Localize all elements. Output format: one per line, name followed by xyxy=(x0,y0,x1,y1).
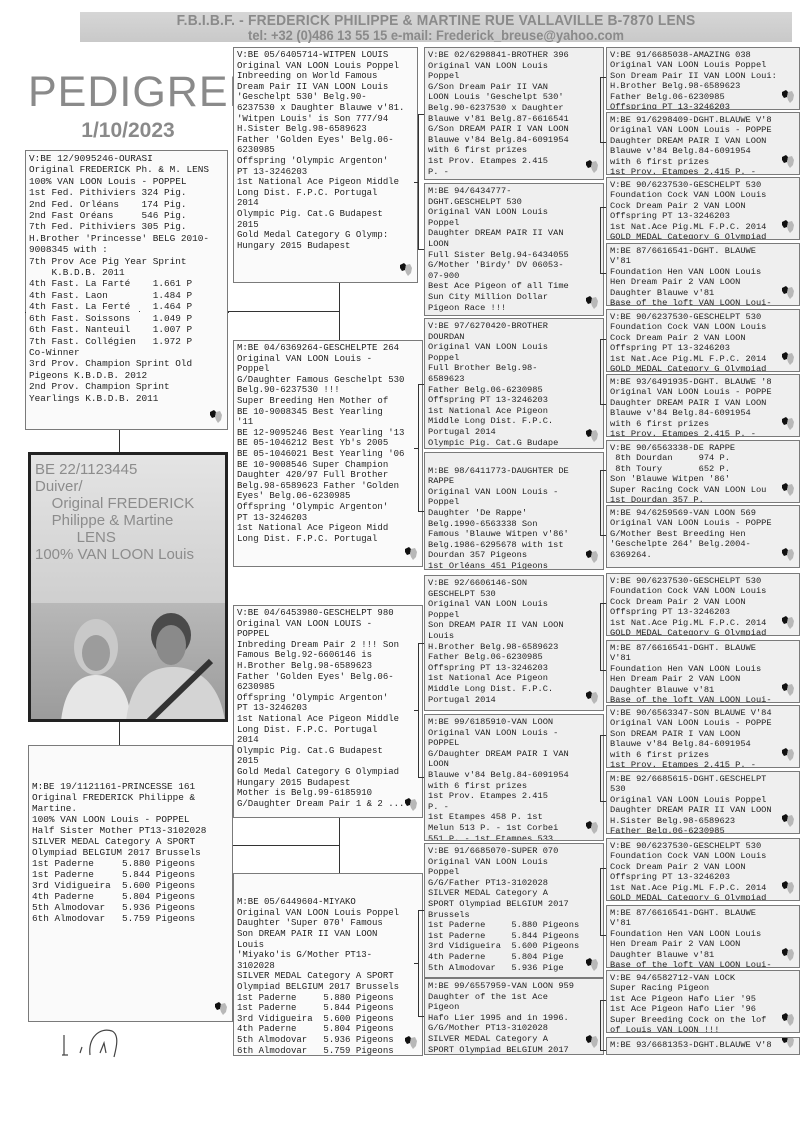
page-header: F.B.I.B.F. - FREDERICK PHILIPPE & MARTIN… xyxy=(80,12,792,42)
pigeon-info-line: Daughter 420/97 Full Brother xyxy=(237,470,419,481)
pigeon-info-line: PT 13-3246203 xyxy=(237,703,419,714)
belgium-map-icon xyxy=(781,546,795,562)
dam-ancestor-box: M:BE 98/6411773-DAUGHTER DERAPPEOriginal… xyxy=(424,452,604,570)
pigeon-info-line: Poppel xyxy=(428,71,600,82)
pigeon-info-line: Original FREDERICK Philippe & xyxy=(32,792,229,803)
bracket-vertical xyxy=(418,114,419,249)
dam-box: M:BE 19/1121161-PRINCESSE 161Original FR… xyxy=(28,745,233,1022)
pigeon-info-line: Blauwe v'84 Belg.84-6091954 xyxy=(610,408,796,418)
belgium-map-icon xyxy=(781,153,795,169)
pigeon-info-line: 6237530 x Daughter Blauwe v'81. xyxy=(237,103,414,114)
pigeon-info-line: H.Brother Belg.98-6589623 xyxy=(610,81,796,91)
pigeon-info-line: with 6 first prizes xyxy=(610,419,796,429)
pigeon-info-line: H.Brother Belg.98-6589623 xyxy=(428,642,600,653)
pigeon-info-line: 5th Almodovar 5.936 Pigeons xyxy=(32,902,229,913)
belgium-map-icon xyxy=(781,88,795,104)
bracket-bottom xyxy=(600,273,606,274)
pigeon-info-line: P. - xyxy=(428,167,600,178)
subject-info: BE 22/1123445Duiver/ Original FREDERICK … xyxy=(35,461,225,563)
subject-info-line: Original FREDERICK xyxy=(35,495,225,512)
pigeon-info-line: Olympiad BELGIUM 2017 Brussels xyxy=(237,982,419,993)
pigeon-info-line: Blauwe v'84 Belg.84-6091954 xyxy=(428,135,600,146)
pigeon-info-line: Original VAN LOON Louis Poppel xyxy=(610,60,796,70)
pigeon-info-line: V'81 xyxy=(610,918,796,928)
pigeon-info-line: Blauwe v'84 Belg.84-6091954 xyxy=(428,770,600,781)
pigeon-info-line: Cock Dream Pair 2 VAN LOON xyxy=(610,597,796,607)
pigeon-info-line: Daughter Blauwe v'81 xyxy=(610,950,796,960)
pigeon-info-line: Base of the loft VAN LOON Loui- xyxy=(610,695,796,703)
belgium-map-icon xyxy=(781,946,795,962)
pigeon-info-line: Father Belg.06-6230985 xyxy=(428,652,600,663)
pigeon-info-line: Daughter 'Super 070' Famous xyxy=(237,918,419,929)
belgium-map-icon xyxy=(781,218,795,234)
pigeon-info-line: 'Geschelpte 264' Belg.2004- xyxy=(610,539,796,549)
pigeon-info-line: Super Racing Cock VAN LOON Lou xyxy=(610,485,796,495)
pigeon-info-line: Full Sister Belg.94-6434055 xyxy=(428,250,600,261)
pigeon-info-line: BE 10-9008546 Super Champion xyxy=(237,460,419,471)
header-address: F.B.I.B.F. - FREDERICK PHILIPPE & MARTIN… xyxy=(108,12,763,28)
pigeon-info-line: 1st Nat.Ace Pig.ML F.P.C. 2014 xyxy=(610,618,796,628)
pigeon-info-line: 6th Fast. Soissons 1.049 P xyxy=(29,313,224,324)
pigeon-info-line: G/Daughter Famous Geschelpt 530 xyxy=(237,375,419,386)
pigeon-info-line: Blauwe v'81 Belg.87-6616541 xyxy=(428,114,600,125)
pigeon-info-line: BE 10-9008345 Best Yearling xyxy=(237,407,419,418)
pigeon-info-line: Foundation Cock VAN LOON Louis xyxy=(610,586,796,596)
sire-ancestor-box: V:BE 97/6270420-BROTHERDOURDANOriginal V… xyxy=(424,318,604,449)
pigeon-info-line: M:BE 99/6557959-VAN LOON 959 xyxy=(428,981,600,992)
pigeon-info-line: Daughter DREAM PAIR II VAN LOON xyxy=(610,805,796,815)
bracket-vertical xyxy=(600,470,601,535)
bracket-bottom xyxy=(418,777,424,778)
pigeon-info-line: Martine. xyxy=(32,803,229,814)
pigeon-info-line: V:BE 90/6237530-GESCHELPT 530 xyxy=(610,841,796,851)
pigeon-info-line: DOURDAN xyxy=(428,332,600,343)
pigeon-info-line: Daughter of the 1st Ace xyxy=(428,992,600,1003)
pigeon-info-line: Offspring PT 13-3246203 xyxy=(610,607,796,617)
pigeon-info-line: Original VAN LOON Louis - POPPE xyxy=(610,387,796,397)
pigeon-info-line: Gold Medal Category G Olympiad xyxy=(237,767,419,778)
pigeon-info-line: H.Sister Belg.98-6589623 xyxy=(237,124,414,135)
pigeon-info-line: BE 05-1046212 Best Yb's 2005 xyxy=(237,438,419,449)
bracket-vertical xyxy=(418,384,419,511)
pigeon-info-line: H.Brother 'Princesse' BELG 2010- xyxy=(29,233,224,244)
pigeon-info-line: G/G/Father PT13-3102028 xyxy=(428,878,600,889)
pigeon-info-line: 7th Fed. Pithiviers 305 Pig. xyxy=(29,221,224,232)
pigeon-info-line: Belg.90-6237530 !!! xyxy=(237,385,419,396)
pigeon-info-line: Original VAN LOON Louis - POPPE xyxy=(610,518,796,528)
pigeon-info-line: 2014 xyxy=(237,198,414,209)
pigeon-info-line: P. - xyxy=(428,802,600,813)
pigeon-info-line: 'Miyako'is G/Mother PT13- xyxy=(237,950,419,961)
pigeon-info-line: 3rd Vidigueira 5.600 Pigeons xyxy=(237,1014,419,1025)
pigeon-info-line: V:BE 90/6563347-SON BLAUWE V'84 xyxy=(610,708,796,718)
dam-ancestor-box: M:BE 94/6434777-DGHT.GESCHELPT 530Origin… xyxy=(424,183,604,316)
pigeon-info-line: PT 13-3246203 xyxy=(237,167,414,178)
pigeon-info-line: 2015 xyxy=(237,756,419,767)
pigeon-info-line: Long Dist. F.P.C. Portugal xyxy=(237,725,419,736)
pigeon-info-line: 9008345 with : xyxy=(29,244,224,255)
pigeon-info-line: 1st Paderne 5.880 Pigeons xyxy=(428,920,600,931)
signature xyxy=(60,1025,130,1060)
pigeon-info-line: V:BE 90/6237530-GESCHELPT 530 xyxy=(610,576,796,586)
pigeon-info-line: 6th Almodovar 5.759 Pigeons xyxy=(237,1046,419,1057)
connector-dam-parents-vertical xyxy=(339,818,340,873)
pigeon-info-line: LOON Louis 'Geschelpt 530' xyxy=(428,92,600,103)
bracket-bottom xyxy=(600,670,606,671)
pigeon-info-line: M:BE 04/6369264-GESCHELPTE 264 xyxy=(237,343,419,354)
pigeon-info-line: Daughter DREAM PAIR II VAN xyxy=(428,228,600,239)
connector-sire-to-subject xyxy=(119,430,120,452)
pigeon-info-line: M:BE 87/6616541-DGHT. BLAUWE xyxy=(610,246,796,256)
pedigree-date: 1/10/2023 xyxy=(28,119,228,143)
pigeon-info-line: 551 P. - 1st Etampes 533 xyxy=(428,834,600,841)
pigeon-info-line: Original FREDERICK Ph. & M. LENS xyxy=(29,164,224,175)
sire-ancestor-box: V:BE 05/6405714-WITPEN LOUISOriginal VAN… xyxy=(233,47,418,283)
pigeon-info-line: 4th Paderne 5.804 Pigeons xyxy=(32,891,229,902)
pigeon-info-line: M:BE 93/6681353-DGHT.BLAUWE V'8 xyxy=(610,1040,796,1050)
pigeon-info-line: Dourdan 357 Pigeons xyxy=(428,550,600,561)
pigeon-info-line: Foundation Hen VAN LOON Louis xyxy=(610,267,796,277)
belgium-map-icon xyxy=(781,746,795,762)
connector-sire-parents-vertical xyxy=(339,283,340,340)
sire-ancestor-box: V:BE 92/6606146-SONGESCHELPT 530Original… xyxy=(424,575,604,711)
sire-ancestor-box: V:BE 91/6685070-SUPER 070Original VAN LO… xyxy=(424,843,604,978)
pigeon-info-line: Offspring PT 13-3246203 xyxy=(610,211,796,221)
pigeon-info-line: 1st Etampes 458 P. 1st xyxy=(428,812,600,823)
pigeon-info-line: Famous Belg.92-6606146 is xyxy=(237,650,419,661)
pigeon-info-line: Olympic Pig. Cat.G Budapest xyxy=(237,746,419,757)
belgium-map-icon xyxy=(585,427,599,443)
pigeon-info-line: Foundation Cock VAN LOON Louis xyxy=(610,190,796,200)
pigeon-info-line: 6230985 xyxy=(237,145,414,156)
pigeon-info-line: GOLD MEDAL Category G Olympiad xyxy=(610,628,796,636)
pigeon-info-line: M:BE 94/6259569-VAN LOON 569 xyxy=(610,508,796,518)
bracket-bottom xyxy=(600,801,606,802)
c xyxy=(139,311,140,312)
pigeon-info-line: G/Son DREAM PAIR I VAN LOON xyxy=(428,124,600,135)
pigeon-info-line: SILVER MEDAL Category A SPORT xyxy=(237,971,419,982)
pigeon-info-line: Hafo Lier 1995 and in 1996. xyxy=(428,1013,600,1024)
sire-ancestor-box: V:BE 02/6298841-BROTHER 396Original VAN … xyxy=(424,47,604,180)
pigeon-info-line: Middle Long Dist. F.P.C. xyxy=(428,684,600,695)
pigeon-info-line: POPPEL xyxy=(237,629,419,640)
owners-photo xyxy=(31,605,225,721)
dam-ancestor-box: M:BE 91/6298409-DGHT.BLAUWE V'8Original … xyxy=(606,112,800,175)
pigeon-info-line: Original VAN LOON Louis xyxy=(428,61,600,72)
pigeon-info-line: 3rd Prov. Champion Sprint Old xyxy=(29,358,224,369)
bracket-bottom xyxy=(600,404,606,405)
dam-ancestor-box: M:BE 87/6616541-DGHT. BLAUWEV'81Foundati… xyxy=(606,905,800,968)
pigeon-info-line: G/G/Mother PT13-3102028 xyxy=(428,1023,600,1034)
pigeon-info-line: 'Witpen Louis' is Son 777/94 xyxy=(237,114,414,125)
pigeon-info-line: Louis xyxy=(237,940,419,951)
pigeon-info-line: 1st Ace Pigeon Hafo Lier '96 xyxy=(610,1004,796,1014)
pigeon-info-line: 1st Paderne 5.880 Pigeons xyxy=(237,993,419,1004)
pigeon-info-line: LOON xyxy=(428,239,600,250)
pigeon-info-line: 7th Prov Ace Pig Year Sprint xyxy=(29,256,224,267)
pigeon-info-line: Poppel xyxy=(428,353,600,364)
pigeon-info-line: GOLD MEDAL Category G Olympiad xyxy=(610,232,796,240)
pigeon-info-line: 2nd Fed. Orléans 174 Pig. xyxy=(29,199,224,210)
pigeon-info-line: 2015 xyxy=(237,220,414,231)
bracket-bottom xyxy=(600,935,606,936)
pigeon-info-line: 6589623 xyxy=(428,374,600,385)
dam-ancestor-box: M:BE 99/6557959-VAN LOON 959Daughter of … xyxy=(424,978,604,1055)
pigeon-info-line: Original VAN LOON Louis - POPPE xyxy=(610,125,796,135)
pigeon-info-line: 7th Fast. Collégien 1.972 P xyxy=(29,336,224,347)
pigeon-info-line: GOLD MEDAL Category G Olympiad xyxy=(610,364,796,372)
pigeon-info-line: Olympic Pig. Cat.G Budapest xyxy=(237,209,414,220)
pigeon-info-line: Son DREAM PAIR II VAN LOON xyxy=(428,620,600,631)
pigeon-info-line xyxy=(32,748,229,759)
pigeon-info-line: Eyes' Belg.06-6230985 xyxy=(237,491,419,502)
pigeon-info-line: M:BE 99/6185910-VAN LOON xyxy=(428,717,600,728)
pigeon-info-line: 3102028 xyxy=(237,961,419,972)
pigeon-info-line: Inbreeding on World Famous xyxy=(237,71,414,82)
pigeon-info-line: 07-900 xyxy=(428,271,600,282)
bracket-stem xyxy=(414,710,418,711)
sire-ancestor-box: V:BE 90/6237530-GESCHELPT 530Foundation … xyxy=(606,573,800,636)
pigeon-info-line: Original VAN LOON Louis xyxy=(428,857,600,868)
c xyxy=(25,312,26,313)
sire-ancestor-box: V:BE 90/6563338-DE RAPPE 8th Dourdan 974… xyxy=(606,440,800,503)
dam-ancestor-box: M:BE 87/6616541-DGHT. BLAUWEV'81Foundati… xyxy=(606,640,800,703)
pigeon-info-line: Offspring 'Olympic Argenton' xyxy=(237,156,414,167)
bracket-bottom xyxy=(600,1050,606,1051)
pigeon-info-line: SPORT Olympiad BELGIUM 2017 xyxy=(428,1045,600,1055)
pigeon-info-line: Daughter Blauwe v'81 xyxy=(610,288,796,298)
pigeon-info-line: Son DREAM PAIR I VAN LOON xyxy=(610,729,796,739)
pigeon-info-line: 3rd Vidigueira 5.600 Pigeons xyxy=(32,880,229,891)
pigeon-info-line: 1st Paderne 5.844 Pigeons xyxy=(32,869,229,880)
pigeon-info-line: Offspring 'Olympic Argenton' xyxy=(237,693,419,704)
pigeon-info-line: M:BE 87/6616541-DGHT. BLAUWE xyxy=(610,908,796,918)
pigeon-info-line: Blauwe v'84 Belg.84-6091954 xyxy=(610,739,796,749)
pigeon-info-line: Foundation Hen VAN LOON Louis xyxy=(610,929,796,939)
pigeon-info-line: 530 xyxy=(610,784,796,794)
pigeon-info-line: SPORT Olympiad BELGIUM 2017 xyxy=(428,899,600,910)
pigeon-info-line: BE 05-1046021 Best Yearling '06 xyxy=(237,449,419,460)
pigeon-info-line: Brussels xyxy=(428,910,600,921)
pigeon-info-line: 2nd Prov. Champion Sprint xyxy=(29,381,224,392)
pigeon-info-line: Base of the loft VAN LOON Loui- xyxy=(610,960,796,968)
sire-ancestor-box: V:BE 91/6685038-AMAZING 038Original VAN … xyxy=(606,47,800,110)
pigeon-info-line: 2nd Fast Oréans 546 Pig. xyxy=(29,210,224,221)
belgium-map-icon xyxy=(214,1000,228,1016)
belgium-map-icon xyxy=(781,415,795,431)
dam-ancestor-box: M:BE 92/6685615-DGHT.GESCHELPT530Origina… xyxy=(606,771,800,834)
bracket-stem xyxy=(414,448,418,449)
pigeon-info-line: Original VAN LOON Louis Poppel xyxy=(237,61,414,72)
pigeon-info-line: SILVER MEDAL Category A xyxy=(428,1034,600,1045)
pigeon-info-line: 100% VAN LOON Louis - POPPEL xyxy=(32,814,229,825)
pigeon-info-line: Half Sister Mother PT13-3102028 xyxy=(32,825,229,836)
pigeon-info-line: 6369264. xyxy=(610,550,796,560)
sire-ancestor-box: V:BE 90/6237530-GESCHELPT 530Foundation … xyxy=(606,309,800,372)
pigeon-info-line: 2014 xyxy=(237,735,419,746)
pigeon-info-line: 4th Fast. La Ferté 1.464 P xyxy=(29,301,224,312)
pigeon-info-line: 8th Toury 652 P. xyxy=(610,464,796,474)
pigeon-info-line: Poppel xyxy=(428,610,600,621)
bracket-vertical xyxy=(418,910,419,1016)
pigeon-info-line: H.Sister Belg.98-6589623 xyxy=(610,816,796,826)
dam-ancestor-box: M:BE 93/6491935-DGHT. BLAUWE '8Original … xyxy=(606,374,800,437)
pigeon-info-line: Father Belg.06-6230985 xyxy=(610,92,796,102)
belgium-map-icon xyxy=(585,548,599,564)
pigeon-info-line: Offspring PT 13-3246203 xyxy=(610,872,796,882)
bracket-vertical xyxy=(600,603,601,670)
pigeon-info-line: Original VAN LOON Louis xyxy=(428,207,600,218)
pigeon-info-line: Base of the loft VAN LOON Loui- xyxy=(610,298,796,306)
pigeon-info-line: Father 'Golden Eyes' Belg.06- xyxy=(237,135,414,146)
bracket-bottom xyxy=(600,142,606,143)
pigeon-info-line: BE 12-9095246 Best Yearling '13 xyxy=(237,428,419,439)
pigeon-info-line: Father Belg.06-6230985 xyxy=(428,385,600,396)
pigeon-info-line: 1st Paderne 5.880 Pigeons xyxy=(32,858,229,869)
bracket-bottom xyxy=(600,535,606,536)
pigeon-info-line: 1st National Ace Pigeon xyxy=(428,406,600,417)
pigeon-info-line: Offspring 'Olympic Argenton' xyxy=(237,502,419,513)
pigeon-info-line: G/Son Dream Pair II VAN xyxy=(428,82,600,93)
belgium-map-icon xyxy=(585,689,599,705)
pigeon-info-line: Poppel xyxy=(237,364,419,375)
pigeon-info-line: M:BE 91/6298409-DGHT.BLAUWE V'8 xyxy=(610,115,796,125)
pigeon-info-line: 6230985 xyxy=(237,682,419,693)
pigeon-info-line: M:BE 93/6491935-DGHT. BLAUWE '8 xyxy=(610,377,796,387)
pigeon-info-line: K.B.D.B. 2011 xyxy=(29,267,224,278)
pigeon-info-line: with 6 first prizes xyxy=(428,145,600,156)
pigeon-info-line: Father Belg.06-6230985 xyxy=(610,826,796,834)
pigeon-info-line: 6th Fast. Nanteuil 1.007 P xyxy=(29,324,224,335)
pigeon-info-line: M:BE 94/6434777- xyxy=(428,186,600,197)
bracket-stem xyxy=(414,963,418,964)
pigeon-info-line: V'81 xyxy=(610,653,796,663)
subject-info-line: LENS xyxy=(35,529,225,546)
pigeon-info-line: Offspring PT 13-3246203 xyxy=(428,395,600,406)
pigeon-info-line: 100% VAN LOON Louis - POPPEL xyxy=(29,176,224,187)
pigeon-info-line: 1st Nat.Ace Pig.ML F.P.C. 2014 xyxy=(610,354,796,364)
pigeon-info-line: Yearlings K.B.D.B. 2011 xyxy=(29,393,224,404)
pigeon-info-line: G/Mother 'Birdy' DV 06053- xyxy=(428,260,600,271)
pigeon-info-line: Hen Dream Pair 2 VAN LOON xyxy=(610,674,796,684)
pigeon-info-line: V:BE 97/6270420-BROTHER xyxy=(428,321,600,332)
pigeon-info-line: '11 xyxy=(237,417,419,428)
header-contact: tel: +32 (0)486 13 55 15 e-mail: Frederi… xyxy=(108,28,763,42)
pigeon-info-line: Belg.90-6237530 x Daughter xyxy=(428,103,600,114)
pigeon-info-line: DGHT.GESCHELPT 530 xyxy=(428,197,600,208)
pigeon-info-line: RAPPE xyxy=(428,476,600,487)
sire-ancestor-box: V:BE 90/6563347-SON BLAUWE V'84Original … xyxy=(606,705,800,768)
bracket-vertical xyxy=(418,643,419,777)
dam-ancestor-box: M:BE 99/6185910-VAN LOONOriginal VAN LOO… xyxy=(424,714,604,841)
pigeon-info-line: V:BE 91/6685038-AMAZING 038 xyxy=(610,50,796,60)
belgium-map-icon xyxy=(781,1037,795,1049)
pigeon-info-line: Foundation Cock VAN LOON Louis xyxy=(610,851,796,861)
pigeon-info-line: Foundation Hen VAN LOON Louis xyxy=(610,664,796,674)
pigeon-info-line: Poppel xyxy=(428,497,600,508)
pigeon-info-line: M:BE 05/6449604-MIYAKO xyxy=(237,897,419,908)
bracket-bottom xyxy=(418,249,424,250)
pigeon-info-line: Daughter DREAM PAIR I VAN LOON xyxy=(610,136,796,146)
pigeon-info-line: 1st Nat.Ace Pig.ML F.P.C. 2014 xyxy=(610,883,796,893)
pigeon-info-line: Offspring PT 13-3246203 xyxy=(610,343,796,353)
pigeon-info-line: Original VAN LOON Louis - POPPE xyxy=(610,718,796,728)
belgium-map-icon xyxy=(781,1011,795,1027)
belgium-map-icon xyxy=(781,879,795,895)
belgium-map-icon xyxy=(781,284,795,300)
belgium-map-icon xyxy=(781,614,795,630)
pigeon-info-line: 4th Paderne 5.804 Pigeons xyxy=(237,1024,419,1035)
pigeon-info-line: Dream Pair II VAN LOON Louis xyxy=(237,82,414,93)
pigeon-info-line: Olympiad BELGIUM 2017 Brussels xyxy=(32,847,229,858)
pigeon-info-line: V:BE 12/9095246-OURASI xyxy=(29,153,224,164)
pigeon-info-line: Original VAN LOON Louis - xyxy=(428,728,600,739)
pigeon-info-line: Original VAN LOON LOUIS - xyxy=(237,619,419,630)
pigeon-info-line: V'81 xyxy=(610,256,796,266)
pigeon-info-line: Original VAN LOON Louis xyxy=(428,599,600,610)
pigeon-info-line: G/Daughter Dream Pair 1 & 2 ... xyxy=(237,799,419,810)
pigeon-info-line: PT 13-3246203 xyxy=(237,513,419,524)
belgium-map-icon xyxy=(585,294,599,310)
pigeon-info-line: 5th Almodovar 5.936 Pigeons xyxy=(237,1035,419,1046)
pigeon-info-line: Poppel xyxy=(428,867,600,878)
belgium-map-icon xyxy=(585,158,599,174)
pigeon-info-line: Hungary 2015 Budapest xyxy=(237,778,419,789)
pigeon-info-line: Daughter DREAM PAIR I VAN LOON xyxy=(610,398,796,408)
pigeon-info-line: Mother is Belg.99-6185910 xyxy=(237,788,419,799)
pigeon-info-line xyxy=(32,759,229,770)
pigeon-info-line: 4th Paderne 5.804 Pige xyxy=(428,952,600,963)
pigeon-info-line: 1st National Ace Pigeon xyxy=(428,673,600,684)
pigeon-info-line: Original VAN LOON Louis - xyxy=(428,487,600,498)
pigeon-info-line: 1st Prov. Etampes 2.415 xyxy=(428,156,600,167)
pigeon-info-line: 1st Fed. Pithiviers 324 Pig. xyxy=(29,187,224,198)
page-title: PEDIGREE xyxy=(28,68,228,117)
pigeon-info-line: V:BE 90/6563338-DE RAPPE xyxy=(610,443,796,453)
pigeon-info-line: 6th Almodovar 5.759 Pigeons xyxy=(32,913,229,924)
pigeon-info-line: LOON xyxy=(428,759,600,770)
pigeon-info-line: H.Brother Belg.98-6589623 xyxy=(237,661,419,672)
pigeon-info-line: 4th Fast. Laon 1.484 P xyxy=(29,290,224,301)
pigeon-info-line xyxy=(428,455,600,466)
belgium-map-icon xyxy=(781,481,795,497)
pigeon-info-line: Middle Long Dist. F.P.C. xyxy=(428,416,600,427)
subject-info-line: Duiver/ xyxy=(35,478,225,495)
sire-ancestor-box: V:BE 90/6237530-GESCHELPT 530Foundation … xyxy=(606,177,800,240)
bracket-vertical xyxy=(600,77,601,142)
pigeon-info-line: Original VAN LOON Louis Poppel xyxy=(610,795,796,805)
dam-ancestor-box: M:BE 87/6616541-DGHT. BLAUWEV'81Foundati… xyxy=(606,243,800,306)
pigeon-info-line: GOLD MEDAL Category G Olympiad xyxy=(610,893,796,901)
subject-info-line: BE 22/1123445 xyxy=(35,461,225,478)
belgium-map-icon xyxy=(585,819,599,835)
pigeon-info-line: M:BE 98/6411773-DAUGHTER DE xyxy=(428,466,600,477)
pigeon-info-line: 1st National Ace Pigeon Midd xyxy=(237,523,419,534)
pigeon-info-line: Best Ace Pigeon of all Time xyxy=(428,281,600,292)
pigeon-info-line: 1st Paderne 5.844 Pigeons xyxy=(237,1003,419,1014)
pigeon-info-line: Belg.98-6589623 Father 'Golden xyxy=(237,481,419,492)
pigeon-info-line: 1st Prov. Etampes 2.415 P. - xyxy=(610,167,796,175)
pigeon-info-line: of Louis VAN LOON !!! xyxy=(610,1025,796,1033)
pigeon-info-line: with 6 first prizes xyxy=(610,750,796,760)
pigeon-info-line: Portugal 2014 xyxy=(428,427,600,438)
connector-subject-to-dam xyxy=(119,722,120,745)
pigeon-info-line: 3rd Vidigueira 5.600 Pigeons xyxy=(428,941,600,952)
pigeon-info-line: G/Mother Best Breeding Hen xyxy=(610,529,796,539)
bracket-vertical xyxy=(600,339,601,404)
pigeon-info-line: Daughter Blauwe v'81 xyxy=(610,685,796,695)
pigeon-info-line: Super Racing Pigeon xyxy=(610,983,796,993)
